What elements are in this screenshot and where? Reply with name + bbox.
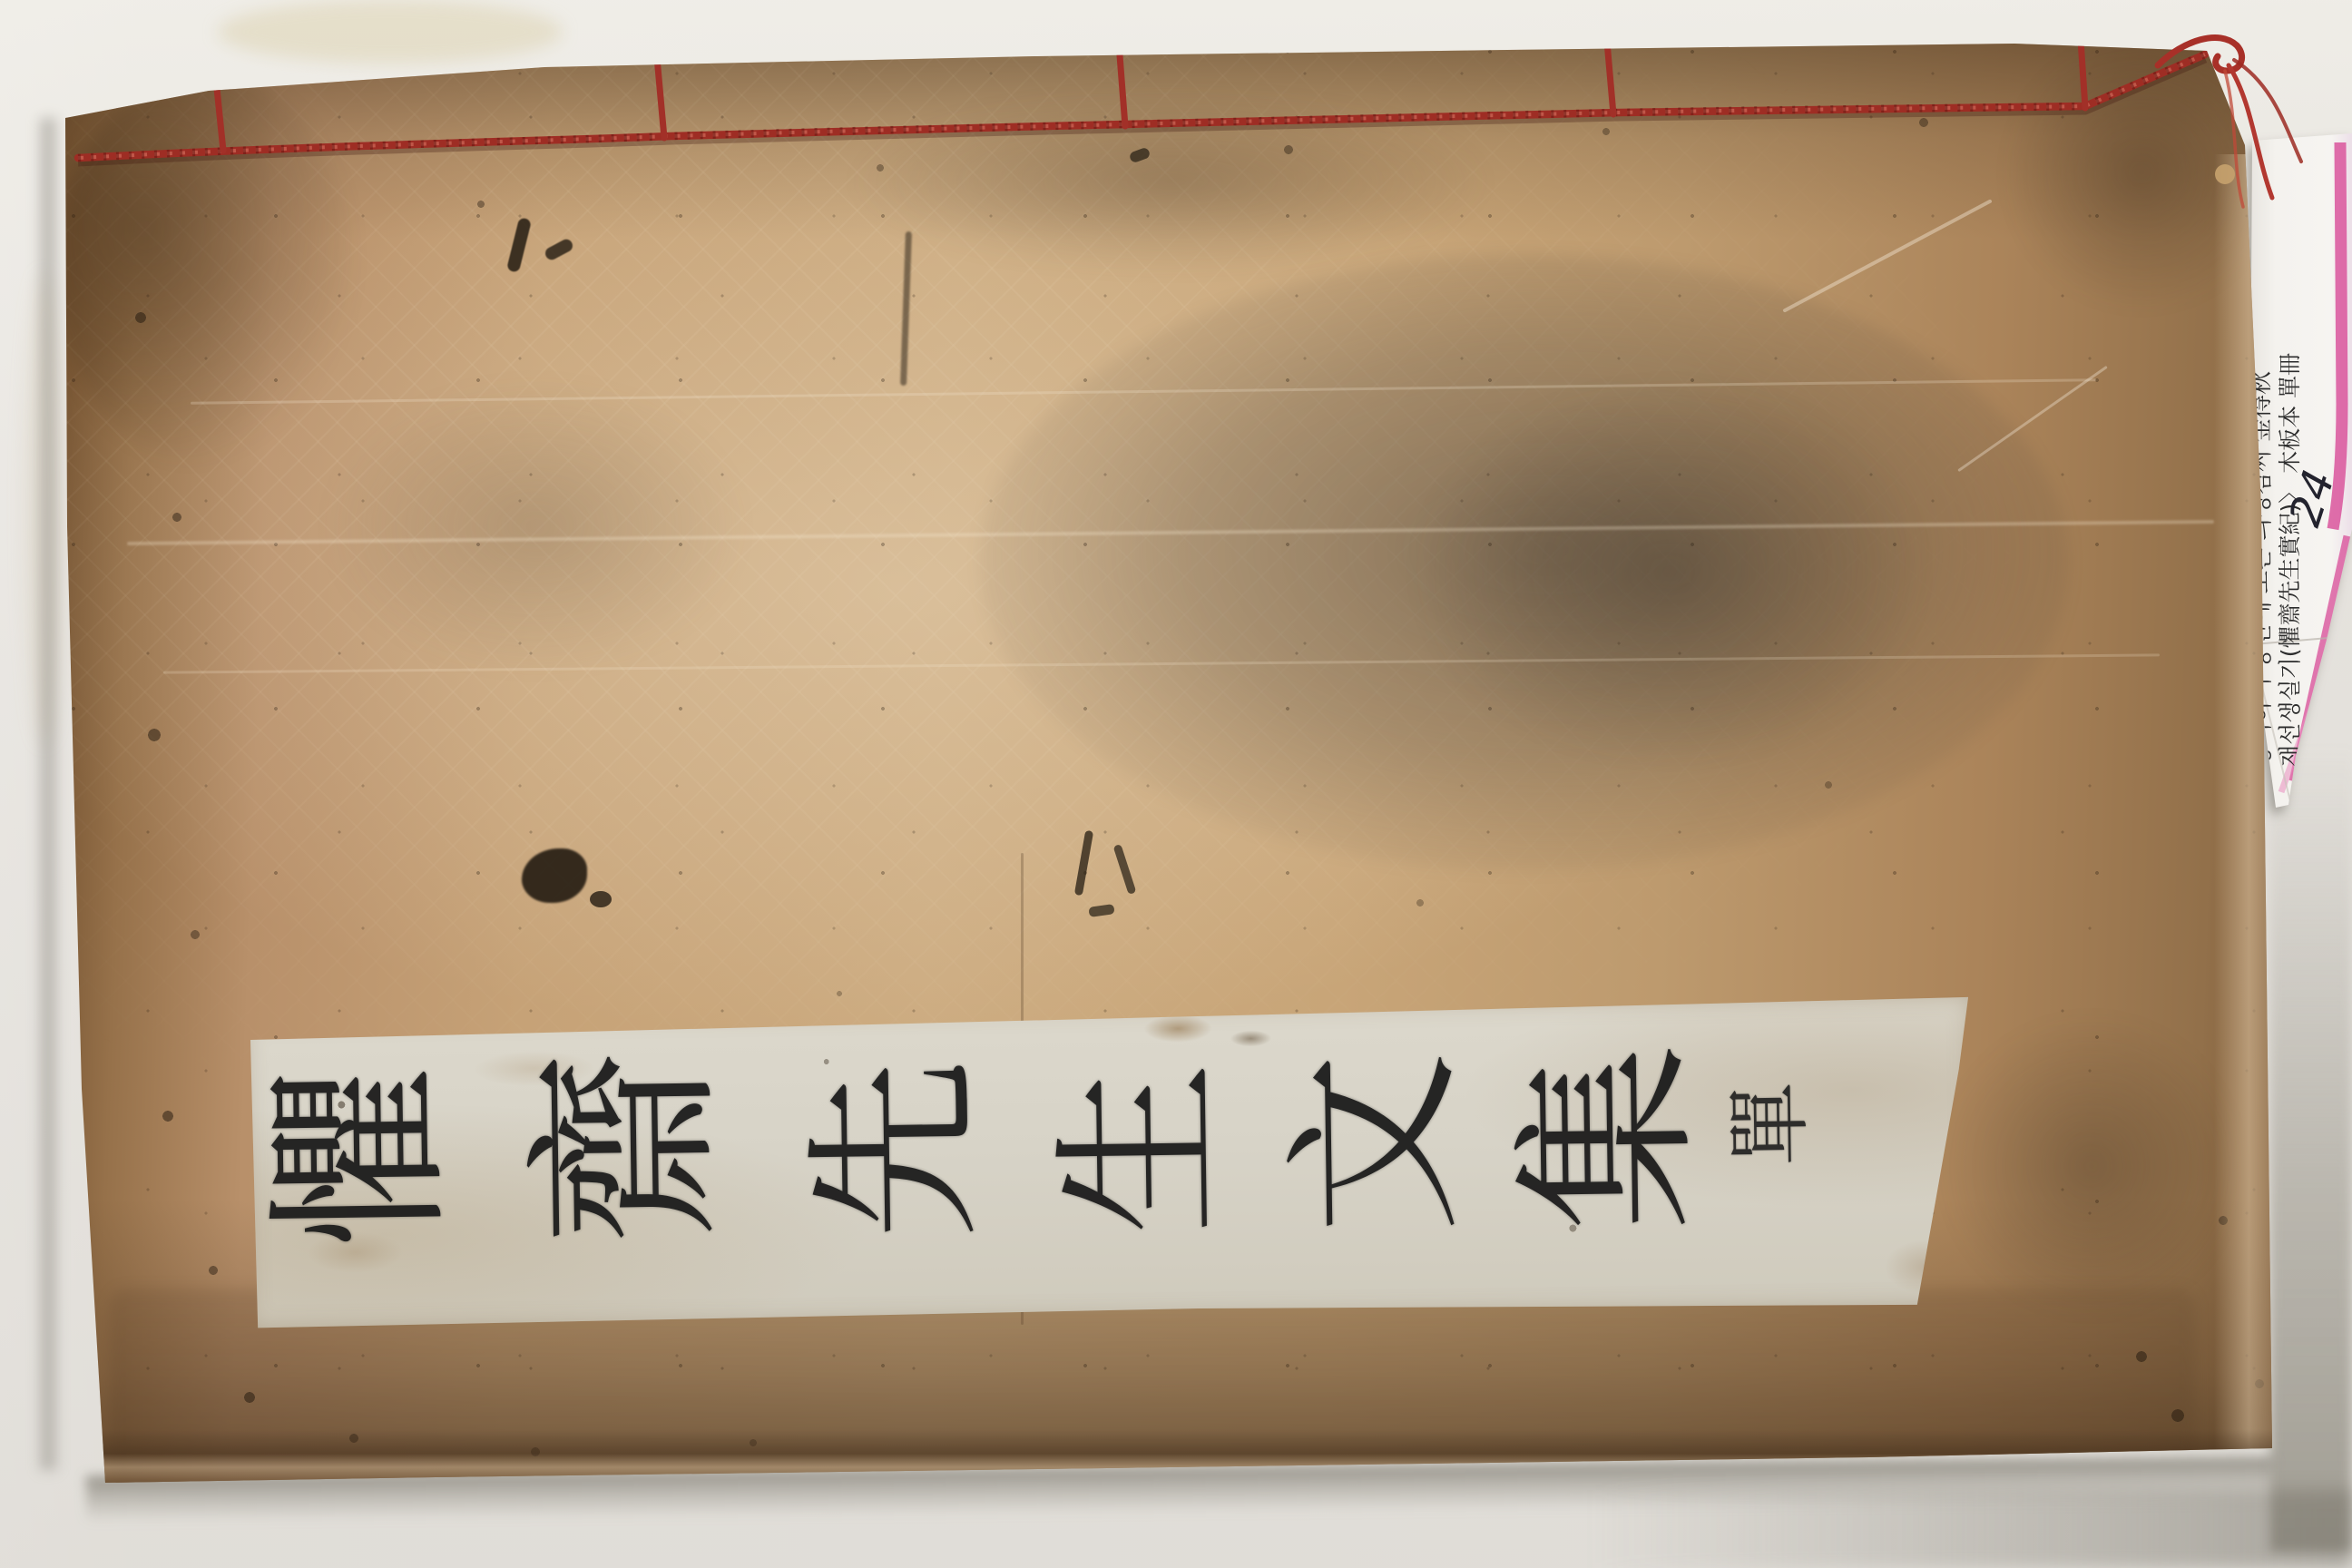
- title-character: 生: [1030, 1039, 1250, 1259]
- binding-thread-tail: [2151, 18, 2346, 231]
- shadow-bottom-right: [1588, 1490, 2352, 1568]
- title-character: 先: [785, 1039, 1005, 1259]
- title-character: 懼: [250, 1045, 470, 1266]
- volume-mark-character: 單: [1720, 1073, 1822, 1175]
- photo-backdrop: 때 창의하여 공신에 오른 의성김씨 金得秋 재선생실기(懼齋先生實紀)〉 木板…: [0, 0, 2352, 1568]
- note-text-line-2: 재선생실기(懼齋先生實紀)〉 木板本 單冊: [2277, 353, 2303, 767]
- thread-strand: [2234, 60, 2301, 162]
- binding-stitch: [214, 62, 223, 151]
- backdrop-stain: [218, 0, 563, 64]
- thread-knot: [2215, 164, 2235, 184]
- title-character: 齋: [517, 1036, 738, 1257]
- book-cover: 懼 齋 先 生 文 集 單: [54, 36, 2276, 1488]
- binding-stitch: [2081, 40, 2085, 108]
- shadow-right-of-book: [2270, 744, 2352, 1552]
- binding-stitch: [1607, 42, 1613, 114]
- title-character: 文: [1266, 1033, 1486, 1253]
- title-character: 集: [1497, 1027, 1718, 1248]
- binding-stitch: [1119, 44, 1125, 126]
- backdrop-stain: [25, 272, 64, 744]
- title-label: 懼 齋 先 生 文 集 單: [243, 994, 1976, 1331]
- binding-stitch: [656, 47, 664, 138]
